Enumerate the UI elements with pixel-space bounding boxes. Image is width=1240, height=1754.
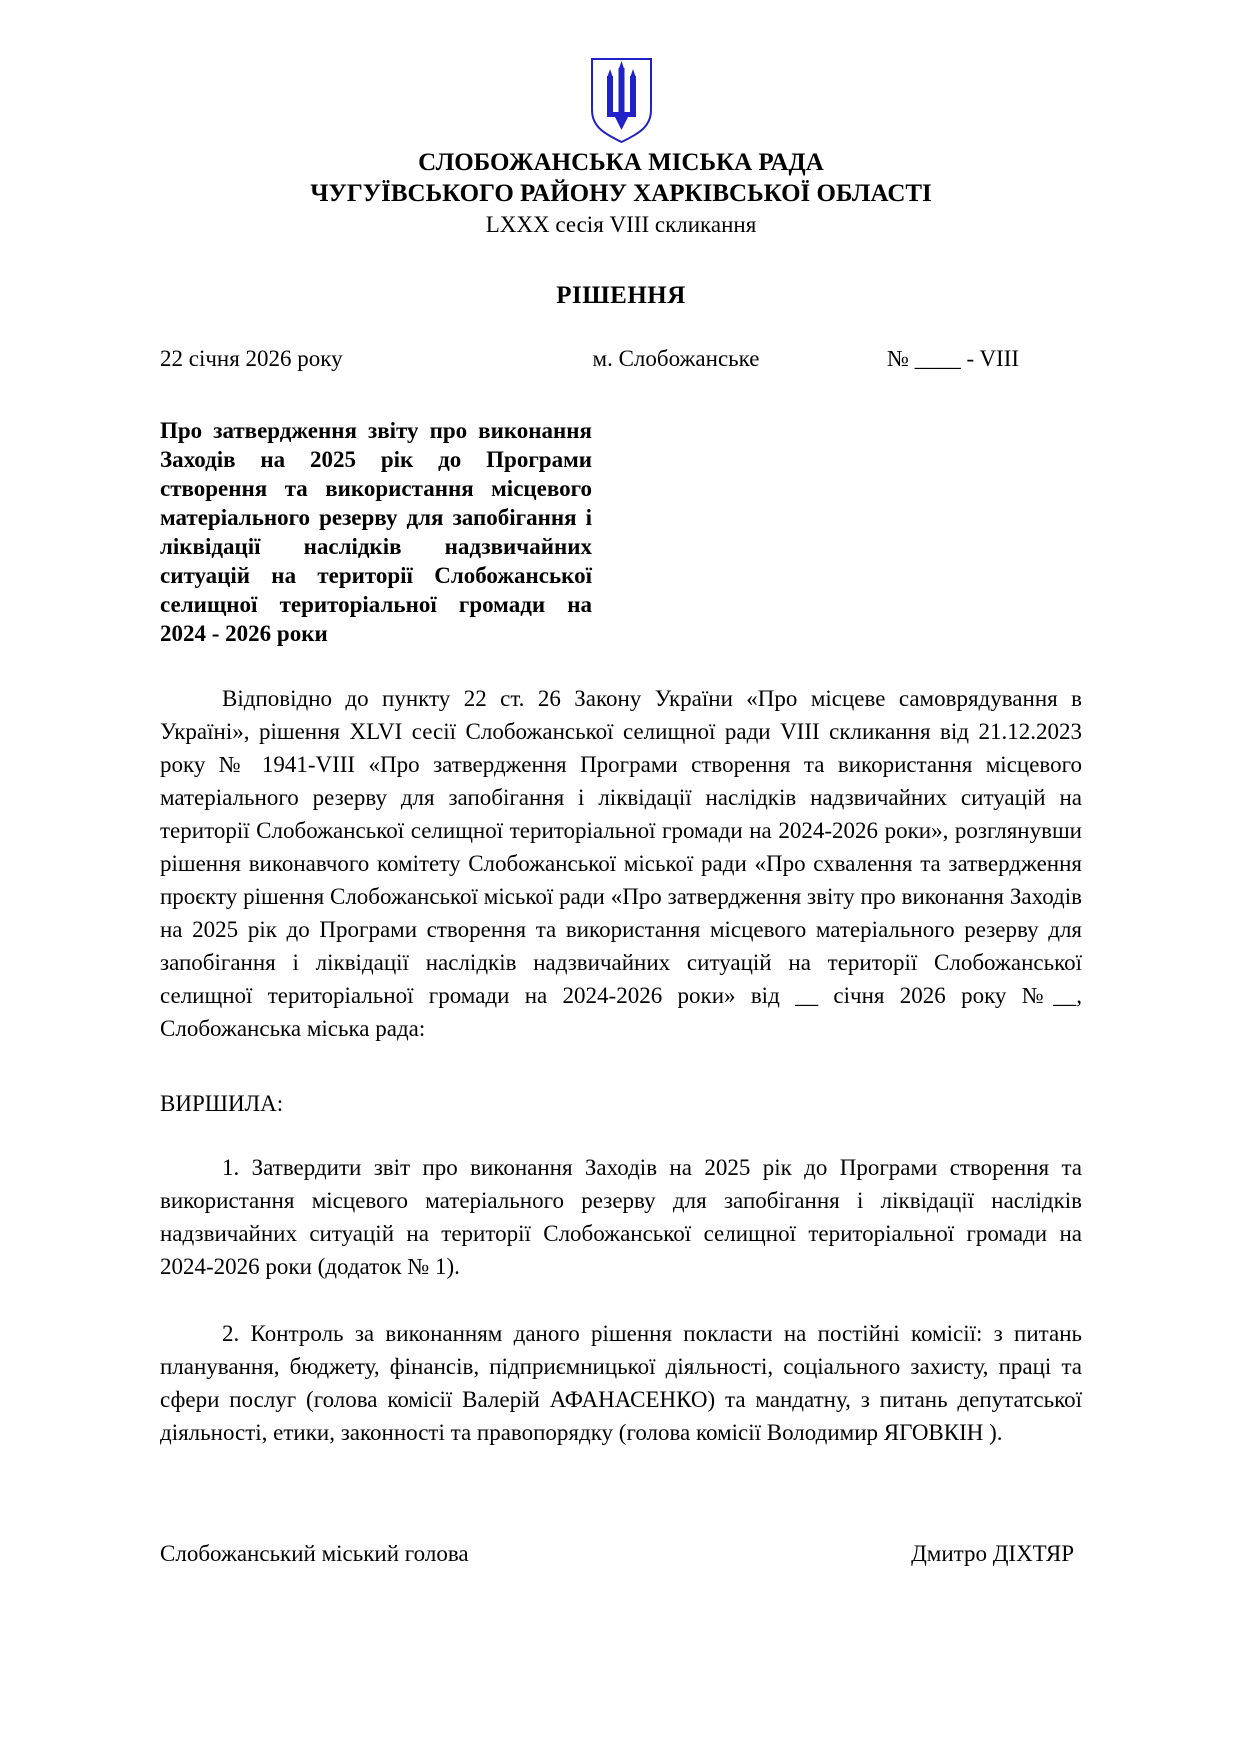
district-name: ЧУГУЇВСЬКОГО РАЙОНУ ХАРКІВСЬКОЇ ОБЛАСТІ [160, 178, 1082, 209]
council-name: СЛОБОЖАНСЬКА МІСЬКА РАДА [160, 147, 1082, 178]
session-line: LXXX сесія VIII скликання [160, 209, 1082, 240]
resolution-word: ВИРШИЛА: [160, 1091, 1082, 1117]
subject-paragraph: Про затвердження звіту про виконання Зах… [160, 416, 592, 648]
signature-row: Слобожанський міський голова Дмитро ДІХТ… [160, 1541, 1082, 1567]
date-place-number-row: 22 січня 2026 року м. Слобожанське № ___… [160, 346, 1082, 372]
document-place: м. Слобожанське [520, 346, 832, 372]
document-page: СЛОБОЖАНСЬКА МІСЬКА РАДА ЧУГУЇВСЬКОГО РА… [0, 0, 1240, 1754]
signature-name: Дмитро ДІХТЯР [911, 1541, 1082, 1567]
resolution-item-1: 1. Затвердити звіт про виконання Заходів… [160, 1151, 1082, 1283]
ukraine-trident-emblem-icon [588, 55, 655, 147]
preamble-paragraph: Відповідно до пункту 22 ст. 26 Закону Ук… [160, 682, 1082, 1045]
document-type-title: РІШЕННЯ [160, 282, 1082, 310]
signature-position: Слобожанський міський голова [160, 1541, 469, 1567]
document-date: 22 січня 2026 року [160, 346, 520, 372]
document-number: № ____ - VIII [832, 346, 1082, 372]
resolution-item-2: 2. Контроль за виконанням даного рішення… [160, 1317, 1082, 1449]
